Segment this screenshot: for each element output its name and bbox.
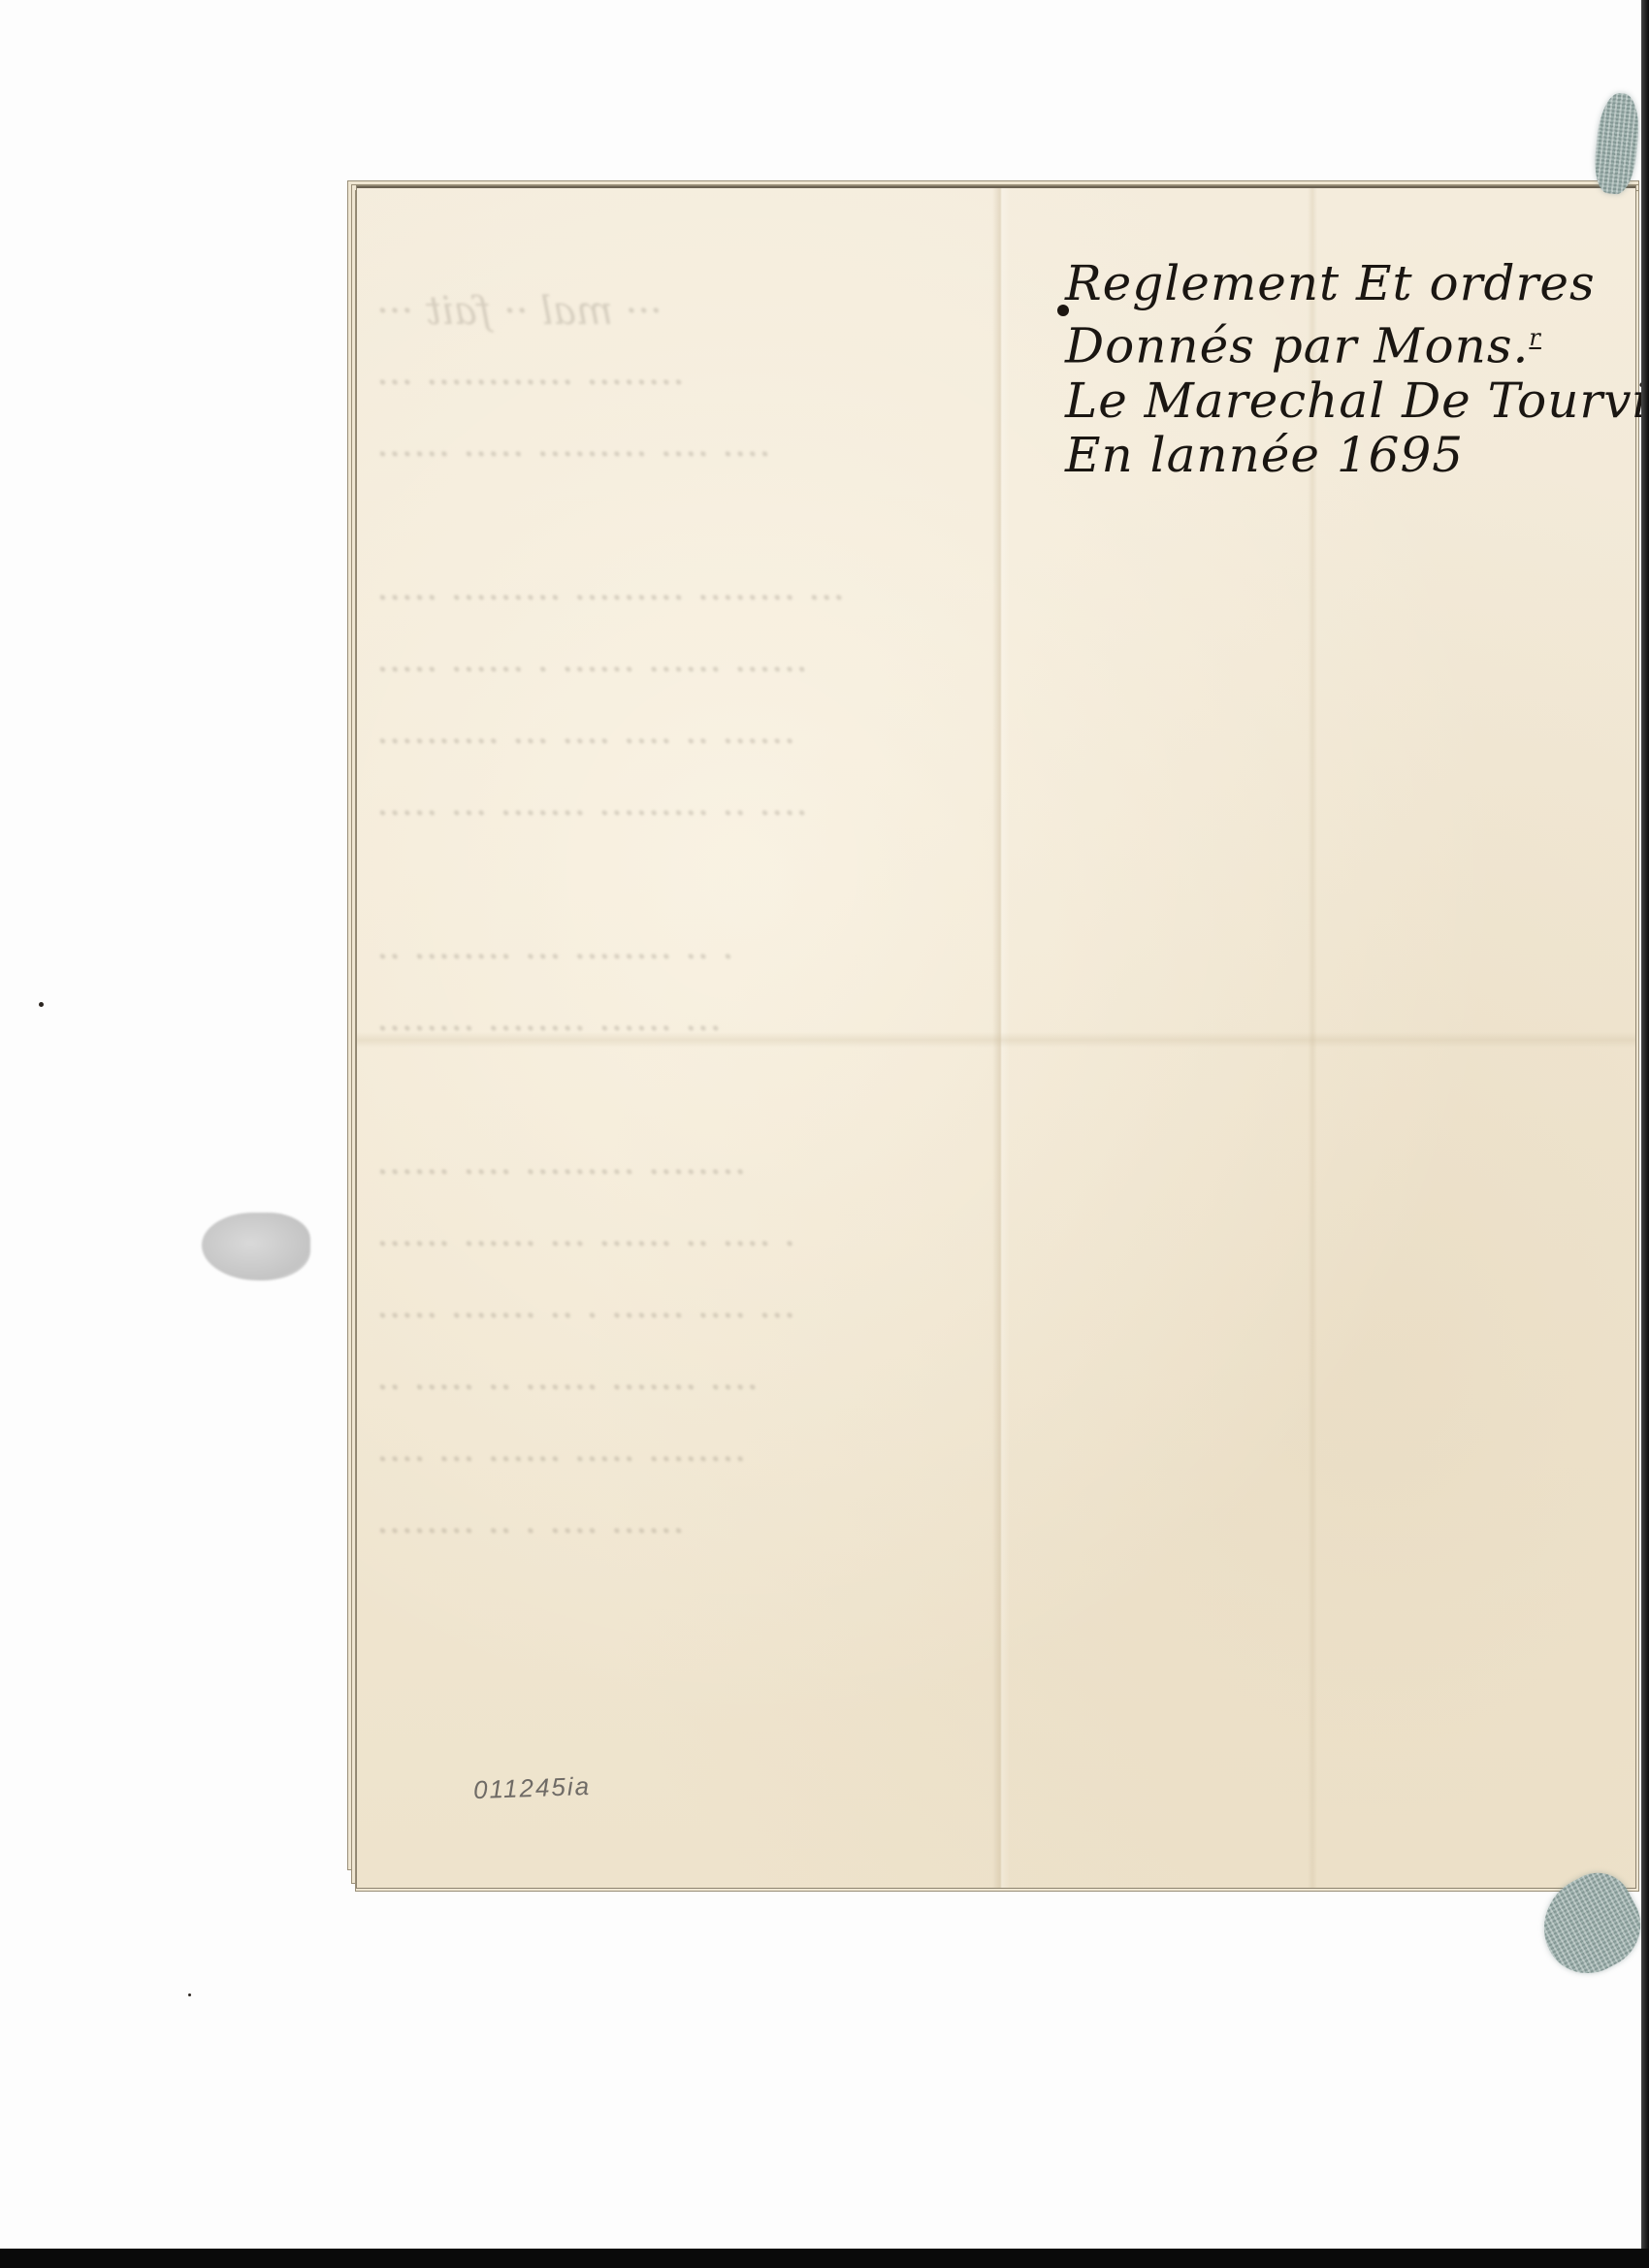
title-line-2: Donnés par Mons.r	[1065, 310, 1637, 373]
bleed-line: ··· ········ ········· ········· ·····	[376, 563, 1346, 634]
bleed-line: ······ ······ ······ · ······ ·····	[376, 634, 1346, 706]
scan-background: ··· mal ·· fait ··· ········ ···········…	[0, 0, 1649, 2268]
bleed-line: ··· ···· ······ · ·· ······· ·····	[376, 1280, 1346, 1352]
ink-blot	[1057, 305, 1069, 316]
scanner-edge-bottom	[0, 2249, 1649, 2268]
bleed-line	[376, 1065, 1346, 1137]
scanner-edge-right	[1641, 0, 1649, 2268]
wax-stain	[202, 1213, 310, 1280]
bleed-line: ······ ·· ···· ···· ··· ··········	[376, 706, 1346, 778]
dust-speck	[188, 1993, 191, 1996]
bleed-line: ··· ······ ········ ········	[376, 993, 1346, 1065]
bleed-line: ···· ·· ········· ······· ··· ·····	[376, 778, 1346, 850]
manuscript-title: Reglement Et ordres Donnés par Mons.r Le…	[1065, 256, 1637, 482]
bleed-line: ········ ········· ···· ······	[376, 1137, 1346, 1209]
title-line-3: Le Marechal De Tourville	[1065, 373, 1637, 428]
title-line-4: En lannée 1695	[1065, 428, 1637, 482]
title-superscript: r	[1529, 324, 1540, 351]
bleed-line: · ···· ·· ······ ··· ······ ······	[376, 1209, 1346, 1280]
horizontal-fold-line	[357, 1032, 1635, 1048]
bleed-line: · ·· ········ ··· ········ ··	[376, 922, 1346, 993]
bleed-line: ········ ····· ······ ··· ····	[376, 1424, 1346, 1496]
title-line-1: Reglement Et ordres	[1065, 256, 1637, 310]
dust-speck	[39, 1002, 44, 1007]
bleed-line: ···· ······· ······ ·· ····· ··	[376, 1352, 1346, 1424]
manuscript-page: ··· mal ·· fait ··· ········ ···········…	[357, 186, 1635, 1888]
bleed-line	[376, 491, 1346, 563]
title-line-2-text: Donnés par Mons.	[1065, 318, 1529, 374]
bleed-line: ······ ···· · ·· ········	[376, 1496, 1346, 1568]
bleed-line	[376, 850, 1346, 922]
pencil-catalog-number: 011245ia	[472, 1771, 591, 1805]
